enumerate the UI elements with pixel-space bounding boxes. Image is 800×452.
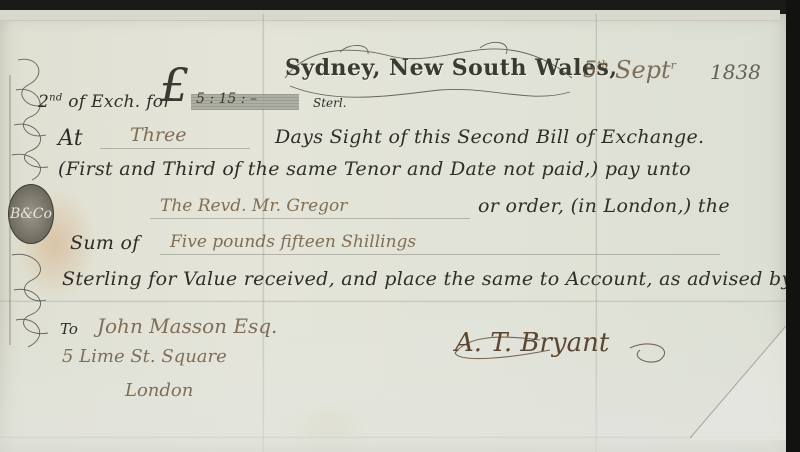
drawee-address: 5 Lime St. Square <box>62 346 227 367</box>
place-heading: Sydney, New South Wales, <box>285 55 618 81</box>
at-label: At <box>58 126 83 151</box>
scan-background-edge <box>786 0 800 452</box>
days-sight-text: Days Sight of this Second Bill of Exchan… <box>275 126 704 148</box>
fill-line <box>100 148 250 149</box>
fill-line <box>150 218 470 219</box>
sterling-value-text: Sterling for Value received, and place t… <box>62 268 793 290</box>
to-label: To <box>60 320 78 338</box>
fill-line <box>160 254 720 255</box>
date-day: 5th <box>583 58 609 83</box>
sterling-label: Sterl. <box>313 96 347 110</box>
drawer-signature: A. T. Bryant <box>455 328 609 358</box>
date-month: Septr <box>615 56 676 84</box>
drawee-name: John Masson Esq. <box>97 314 277 338</box>
underlying-sheet-edge <box>0 10 780 21</box>
sum-value: Five pounds fifteen Shillings <box>170 232 416 252</box>
bank-monogram-seal: B&Co <box>8 184 54 244</box>
date-year: 1838 <box>710 60 761 84</box>
drawee-city: London <box>125 380 193 401</box>
pound-symbol: £ <box>160 58 189 112</box>
sum-of-label: Sum of <box>70 232 140 254</box>
or-order-text: or order, (in London,) the <box>478 195 730 217</box>
amount-value: 5 : 15 : – <box>196 91 257 107</box>
days-value: Three <box>130 124 186 146</box>
exchange-label: 2nd of Exch. for <box>38 92 172 112</box>
payee-value: The Revd. Mr. Gregor <box>160 196 347 216</box>
first-third-text: (First and Third of the same Tenor and D… <box>58 158 691 180</box>
